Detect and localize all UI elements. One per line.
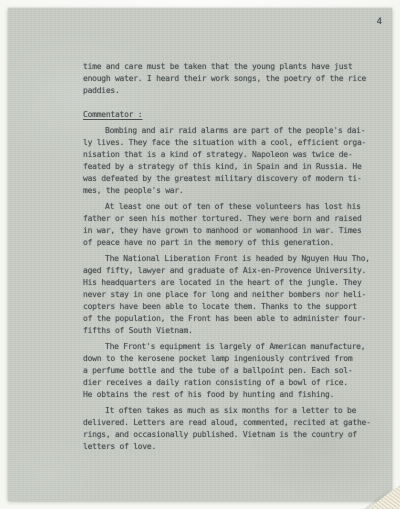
text-line: ly lives. They face the situation with a… <box>83 137 375 149</box>
text-line: delivered. Letters are read aloud, comme… <box>83 417 375 429</box>
text-line: nisation that is a kind of strategy. Nap… <box>83 149 375 161</box>
document-text: time and care must be taken that the you… <box>83 61 375 457</box>
text-line: At least one out of ten of these volunte… <box>83 201 375 213</box>
text-line: paddies. <box>83 85 375 97</box>
text-line: feated by a strategy of this kind, in Sp… <box>83 161 375 173</box>
document-page: 4 time and care must be taken that the y… <box>8 8 392 501</box>
text-line: was defeated by the greatest military di… <box>83 173 375 185</box>
text-line: enough water. I heard their work songs, … <box>83 73 375 85</box>
text-line: a perfume bottle and the tube of a ballp… <box>83 365 375 377</box>
paragraph: time and care must be taken that the you… <box>83 61 375 97</box>
text-line: dier receives a daily ration consisting … <box>83 377 375 389</box>
text-line: down to the kerosene pocket lamp ingenio… <box>83 353 375 365</box>
text-line: His headquarters are located in the hear… <box>83 277 375 289</box>
text-line: time and care must be taken that the you… <box>83 61 375 73</box>
text-line: rings, and occasionally published. Vietn… <box>83 429 375 441</box>
paragraph: The National Liberation Front is headed … <box>83 253 375 337</box>
paragraph: Bombing and air raid alarms are part of … <box>83 125 375 197</box>
text-line: never stay in one place for long and nei… <box>83 289 375 301</box>
text-line: The Front's equipment is largely of Amer… <box>83 341 375 353</box>
text-line: He obtains the rest of his food by hunti… <box>83 389 375 401</box>
text-line: father or seen his mother tortured. They… <box>83 213 375 225</box>
scanned-page-background: 4 time and care must be taken that the y… <box>0 0 400 509</box>
text-line: in war, they have grown to manhood or wo… <box>83 225 375 237</box>
text-line: of peace have no part in the memory of t… <box>83 237 375 249</box>
text-line: aged fifty, lawyer and graduate of Aix-e… <box>83 265 375 277</box>
text-line: It often takes as much as six months for… <box>83 405 375 417</box>
text-line: letters of love. <box>83 441 375 453</box>
paragraph: The Front's equipment is largely of Amer… <box>83 341 375 401</box>
section-heading: Commentator : <box>83 109 375 121</box>
text-line: fifths of South Vietnam. <box>83 325 375 337</box>
paragraph: At least one out of ten of these volunte… <box>83 201 375 249</box>
text-line: copters have been able to locate them. T… <box>83 301 375 313</box>
text-line: of the population, the Front has been ab… <box>83 313 375 325</box>
paragraph: It often takes as much as six months for… <box>83 405 375 453</box>
text-line: The National Liberation Front is headed … <box>83 253 375 265</box>
text-line: Bombing and air raid alarms are part of … <box>83 125 375 137</box>
page-number: 4 <box>377 16 382 28</box>
text-line: mes, the people's war. <box>83 185 375 197</box>
